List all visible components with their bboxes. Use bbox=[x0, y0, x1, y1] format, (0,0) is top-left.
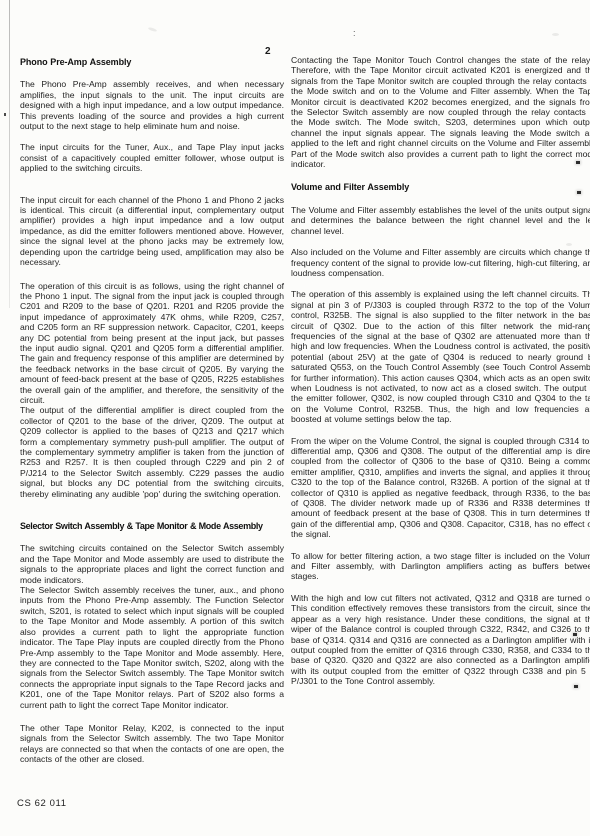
paragraph: The other Tape Monitor Relay, K202, is c… bbox=[20, 723, 284, 765]
stray-colon-mark: : bbox=[353, 28, 356, 38]
left-column: Phono Pre-Amp Assembly The Phono Pre-Amp… bbox=[20, 57, 284, 765]
paragraph: The input circuits for the Tuner, Aux., … bbox=[20, 142, 284, 173]
scan-smudge bbox=[552, 33, 559, 36]
paragraph: The Phono Pre-Amp assembly receives, and… bbox=[20, 79, 284, 131]
scan-speck bbox=[4, 113, 6, 116]
page-number: 2 bbox=[265, 46, 271, 57]
section-heading-selector-switch: Selector Switch Assembly & Tape Monitor … bbox=[20, 521, 284, 531]
paragraph: The output of the differential amplifier… bbox=[20, 405, 284, 499]
paragraph: Also included on the Volume and Filter a… bbox=[291, 247, 590, 278]
paragraph: To allow for better filtering action, a … bbox=[291, 551, 590, 582]
paragraph: The Volume and Filter assembly establish… bbox=[291, 205, 590, 236]
section-heading-phono-preamp: Phono Pre-Amp Assembly bbox=[20, 57, 284, 67]
scanned-manual-page: : 2 Phono Pre-Amp Assembly The Phono Pre… bbox=[0, 0, 590, 836]
right-column: Contacting the Tape Monitor Touch Contro… bbox=[291, 55, 590, 687]
paragraph: The operation of this circuit is as foll… bbox=[20, 281, 284, 406]
scan-edge-line bbox=[9, 0, 10, 308]
paragraph: Contacting the Tape Monitor Touch Contro… bbox=[291, 55, 590, 169]
scan-smudge bbox=[148, 27, 157, 33]
paragraph: The operation of this assembly is explai… bbox=[291, 289, 590, 424]
section-heading-volume-filter: Volume and Filter Assembly bbox=[291, 182, 590, 192]
paragraph: With the high and low cut filters not ac… bbox=[291, 593, 590, 687]
footer-document-code: CS 62 011 bbox=[17, 798, 67, 809]
paragraph: From the wiper on the Volume Control, th… bbox=[291, 436, 590, 540]
paragraph: The Selector Switch assembly receives th… bbox=[20, 585, 284, 710]
paragraph: The switching circuits contained on the … bbox=[20, 543, 284, 585]
paragraph: The input circuit for each channel of th… bbox=[20, 195, 284, 268]
